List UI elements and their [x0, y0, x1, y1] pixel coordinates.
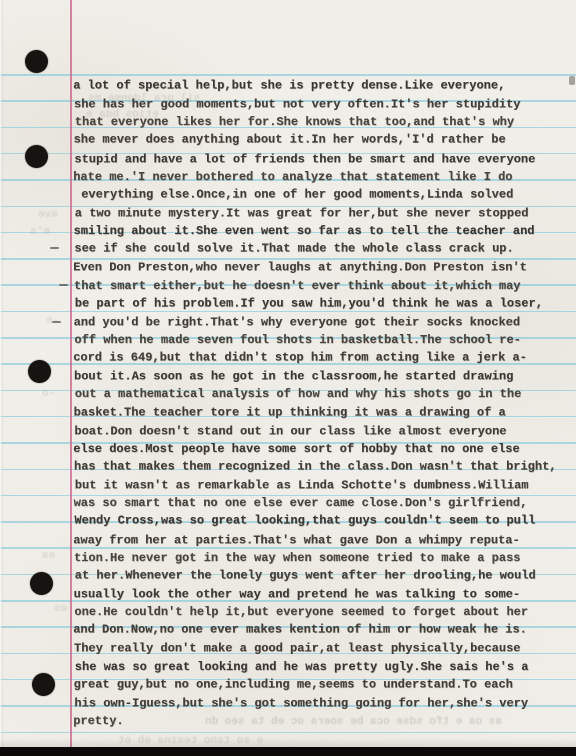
typed-line: that smart either,but he doesn't ever th…	[74, 277, 574, 295]
scanned-page: sil ora ldgnme msetios bda eavee's-e-oea…	[0, 0, 576, 756]
punch-hole	[28, 360, 51, 383]
typed-line: see if she could solve it.That made the …	[74, 240, 574, 258]
typed-line: Even Don Preston,who never laughs at any…	[73, 259, 573, 277]
typed-line: boat.Don doesn't stand out in our class …	[74, 422, 574, 440]
typed-line: and Don.Now,no one ever makes kention of…	[73, 621, 573, 639]
typed-text-block: a lot of special help,but she is pretty …	[74, 77, 574, 730]
bleed-through-text: -o	[42, 388, 55, 400]
typed-line: his own-Iguess,but she's got something g…	[74, 694, 574, 712]
typed-line: has that makes them recognized in the cl…	[74, 458, 574, 476]
typed-line: that everyone likes her for.She knows th…	[75, 113, 575, 131]
typed-line: she was so great looking and he was pret…	[75, 658, 575, 676]
typed-line: smiling about it.She even went so far as…	[74, 222, 574, 240]
typed-line: bout it.As soon as he got in the classro…	[74, 368, 574, 386]
typed-line: and you'd be right.That's why everyone g…	[74, 313, 574, 331]
typed-line: pretty.	[73, 712, 573, 730]
typed-line: They really don't make a good pair,at le…	[74, 640, 574, 658]
typed-line: great guy,but no one,including me,seems …	[74, 675, 574, 693]
rule-line	[0, 74, 576, 76]
typed-line: stupid and have a lot of friends then be…	[74, 150, 574, 168]
margin-dash-mark	[59, 284, 68, 286]
typed-line: a two minute mystery.It was great for he…	[75, 204, 575, 222]
typed-line: basket.The teacher tore it up thinking i…	[74, 403, 574, 421]
typed-line: Wendy Cross,was so great looking,that gu…	[74, 512, 574, 530]
typed-line: she has her good moments,but not very of…	[74, 96, 574, 114]
margin-rule-line	[70, 0, 72, 747]
margin-dash-mark	[50, 247, 59, 249]
typed-line: tion.He never got in the way when someon…	[74, 549, 574, 567]
typed-line: out a mathematical analysis of how and w…	[75, 385, 575, 403]
typed-line: but it wasn't as remarkable as Linda Sch…	[75, 476, 575, 494]
typed-line: away from her at parties.That's what gav…	[73, 531, 573, 549]
punch-hole	[32, 673, 55, 696]
typed-line: off when he made seven foul shots in bas…	[74, 331, 574, 349]
typed-line: one.He couldn't help it,but everyone see…	[74, 603, 574, 621]
typed-line: usually look the other way and pretend h…	[74, 585, 574, 603]
paper-left-edge	[0, 0, 4, 756]
bleed-through-text: e's	[30, 226, 50, 238]
paper-flaw-mark	[569, 76, 575, 85]
bleed-through-text: os	[54, 603, 67, 615]
typed-line: a lot of special help,but she is pretty …	[73, 77, 573, 95]
typed-line: be part of his problem.If you saw him,yo…	[75, 294, 575, 312]
typed-line: else does.Most people have some sort of …	[73, 440, 573, 458]
typed-line: hate me.'I never bothered to analyze tha…	[73, 168, 573, 186]
bleed-through-text: ave	[38, 209, 58, 221]
rule-line	[0, 732, 576, 734]
bottom-edge-shadow	[0, 738, 576, 747]
bleed-through-text: ea	[42, 550, 55, 562]
typed-line: cord is 649,but that didn't stop him fro…	[73, 349, 573, 367]
scanner-edge-bar	[0, 747, 576, 756]
typed-line: at her.Whenever the lonely guys went aft…	[75, 566, 575, 584]
typed-line: she mever does anything about it.In her …	[74, 131, 574, 149]
punch-hole	[25, 145, 48, 168]
typed-line: was so smart that no one else ever came …	[74, 494, 574, 512]
typed-line: everything else.Once,in one of her good …	[74, 185, 574, 203]
punch-hole	[25, 50, 48, 73]
margin-dash-mark	[52, 321, 61, 323]
punch-hole	[30, 572, 53, 595]
